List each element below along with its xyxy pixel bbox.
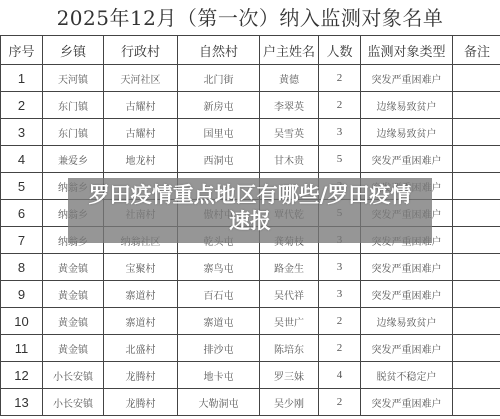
row-admin-village: 地龙村 <box>104 146 178 173</box>
row-type: 突发严重困难户 <box>361 65 453 92</box>
row-admin-village: 寨道村 <box>104 308 178 335</box>
row-type: 突发严重困难户 <box>361 146 453 173</box>
row-household-head: 黄德 <box>260 65 319 92</box>
column-header-admin-village: 行政村 <box>104 36 178 65</box>
row-note <box>453 200 500 227</box>
row-note <box>453 65 500 92</box>
row-type: 边缘易致贫户 <box>361 119 453 146</box>
table-row: 2东门镇古耀村新房屯李翠英2边缘易致贫户 <box>1 92 500 119</box>
row-admin-village: 天河社区 <box>104 65 178 92</box>
row-admin-village: 龙腾村 <box>104 389 178 416</box>
table-row: 10黄金镇寨道村寨道屯吴世广2边缘易致贫户 <box>1 308 500 335</box>
row-town: 小长安镇 <box>43 389 104 416</box>
row-household-head: 吴少刚 <box>260 389 319 416</box>
table-row: 1天河镇天河社区北门街黄德2突发严重困难户 <box>1 65 500 92</box>
row-natural-village: 国里屯 <box>178 119 260 146</box>
row-index: 9 <box>1 281 43 308</box>
row-admin-village: 宝聚村 <box>104 254 178 281</box>
row-note <box>453 335 500 362</box>
row-admin-village: 古耀村 <box>104 92 178 119</box>
row-note <box>453 227 500 254</box>
row-natural-village: 北门街 <box>178 65 260 92</box>
row-count: 5 <box>319 146 361 173</box>
document-title: 2025年12月（第一次）纳入监测对象名单 <box>0 0 500 35</box>
row-type: 突发严重困难户 <box>361 335 453 362</box>
column-header-type: 监测对象类型 <box>361 36 453 65</box>
row-natural-village: 新房屯 <box>178 92 260 119</box>
row-count: 2 <box>319 92 361 119</box>
table-header-row: 序号 乡镇 行政村 自然村 户主姓名 人数 监测对象类型 备注 <box>1 36 500 65</box>
row-household-head: 罗三妹 <box>260 362 319 389</box>
column-header-natural-village: 自然村 <box>178 36 260 65</box>
row-town: 小长安镇 <box>43 362 104 389</box>
row-household-head: 吴代祥 <box>260 281 319 308</box>
row-note <box>453 281 500 308</box>
row-index: 1 <box>1 65 43 92</box>
row-household-head: 吴世广 <box>260 308 319 335</box>
row-household-head: 陈培东 <box>260 335 319 362</box>
row-type: 突发严重困难户 <box>361 281 453 308</box>
row-admin-village: 古耀村 <box>104 119 178 146</box>
row-count: 2 <box>319 389 361 416</box>
row-town: 黄金镇 <box>43 281 104 308</box>
row-natural-village: 百石屯 <box>178 281 260 308</box>
row-note <box>453 119 500 146</box>
row-natural-village: 大勒洞屯 <box>178 389 260 416</box>
row-index: 4 <box>1 146 43 173</box>
row-type: 边缘易致贫户 <box>361 92 453 119</box>
row-index: 12 <box>1 362 43 389</box>
row-type: 突发严重困难户 <box>361 254 453 281</box>
table-row: 3东门镇古耀村国里屯吴雪英3边缘易致贫户 <box>1 119 500 146</box>
row-household-head: 李翠英 <box>260 92 319 119</box>
row-note <box>453 146 500 173</box>
row-index: 6 <box>1 200 43 227</box>
row-index: 2 <box>1 92 43 119</box>
row-town: 东门镇 <box>43 92 104 119</box>
row-note <box>453 254 500 281</box>
column-header-note: 备注 <box>453 36 500 65</box>
row-note <box>453 173 500 200</box>
row-index: 7 <box>1 227 43 254</box>
column-header-household-head: 户主姓名 <box>260 36 319 65</box>
row-natural-village: 地卡屯 <box>178 362 260 389</box>
row-note <box>453 92 500 119</box>
row-count: 3 <box>319 281 361 308</box>
row-type: 突发严重困难户 <box>361 389 453 416</box>
row-index: 5 <box>1 173 43 200</box>
row-town: 黄金镇 <box>43 335 104 362</box>
banner-text: 罗田疫情重点地区有哪些/罗田疫情 速报 <box>68 178 432 234</box>
row-admin-village: 龙腾村 <box>104 362 178 389</box>
table-row: 4兼爱乡地龙村西洞屯甘木贵5突发严重困难户 <box>1 146 500 173</box>
banner-line-2: 速报 <box>68 208 432 234</box>
row-natural-village: 西洞屯 <box>178 146 260 173</box>
column-header-town: 乡镇 <box>43 36 104 65</box>
row-count: 4 <box>319 362 361 389</box>
row-note <box>453 308 500 335</box>
row-index: 11 <box>1 335 43 362</box>
row-count: 2 <box>319 308 361 335</box>
row-type: 脱贫不稳定户 <box>361 362 453 389</box>
row-household-head: 路金生 <box>260 254 319 281</box>
row-index: 8 <box>1 254 43 281</box>
row-index: 13 <box>1 389 43 416</box>
table-row: 8黄金镇宝聚村寨鸟屯路金生3突发严重困难户 <box>1 254 500 281</box>
row-household-head: 吴雪英 <box>260 119 319 146</box>
column-header-index: 序号 <box>1 36 43 65</box>
row-count: 2 <box>319 335 361 362</box>
table-row: 12小长安镇龙腾村地卡屯罗三妹4脱贫不稳定户 <box>1 362 500 389</box>
row-index: 3 <box>1 119 43 146</box>
row-natural-village: 寨鸟屯 <box>178 254 260 281</box>
row-natural-village: 排沙屯 <box>178 335 260 362</box>
row-count: 3 <box>319 254 361 281</box>
row-note <box>453 389 500 416</box>
row-index: 10 <box>1 308 43 335</box>
row-admin-village: 北盛村 <box>104 335 178 362</box>
table-row: 11黄金镇北盛村排沙屯陈培东2突发严重困难户 <box>1 335 500 362</box>
row-natural-village: 寨道屯 <box>178 308 260 335</box>
row-household-head: 甘木贵 <box>260 146 319 173</box>
row-town: 兼爱乡 <box>43 146 104 173</box>
row-town: 天河镇 <box>43 65 104 92</box>
row-town: 东门镇 <box>43 119 104 146</box>
table-row: 9黄金镇寨道村百石屯吴代祥3突发严重困难户 <box>1 281 500 308</box>
row-type: 边缘易致贫户 <box>361 308 453 335</box>
row-town: 黄金镇 <box>43 254 104 281</box>
column-header-count: 人数 <box>319 36 361 65</box>
banner-line-1: 罗田疫情重点地区有哪些/罗田疫情 <box>68 182 432 208</box>
row-town: 黄金镇 <box>43 308 104 335</box>
row-count: 2 <box>319 65 361 92</box>
row-admin-village: 寨道村 <box>104 281 178 308</box>
row-count: 3 <box>319 119 361 146</box>
table-row: 13小长安镇龙腾村大勒洞屯吴少刚2突发严重困难户 <box>1 389 500 416</box>
row-note <box>453 362 500 389</box>
